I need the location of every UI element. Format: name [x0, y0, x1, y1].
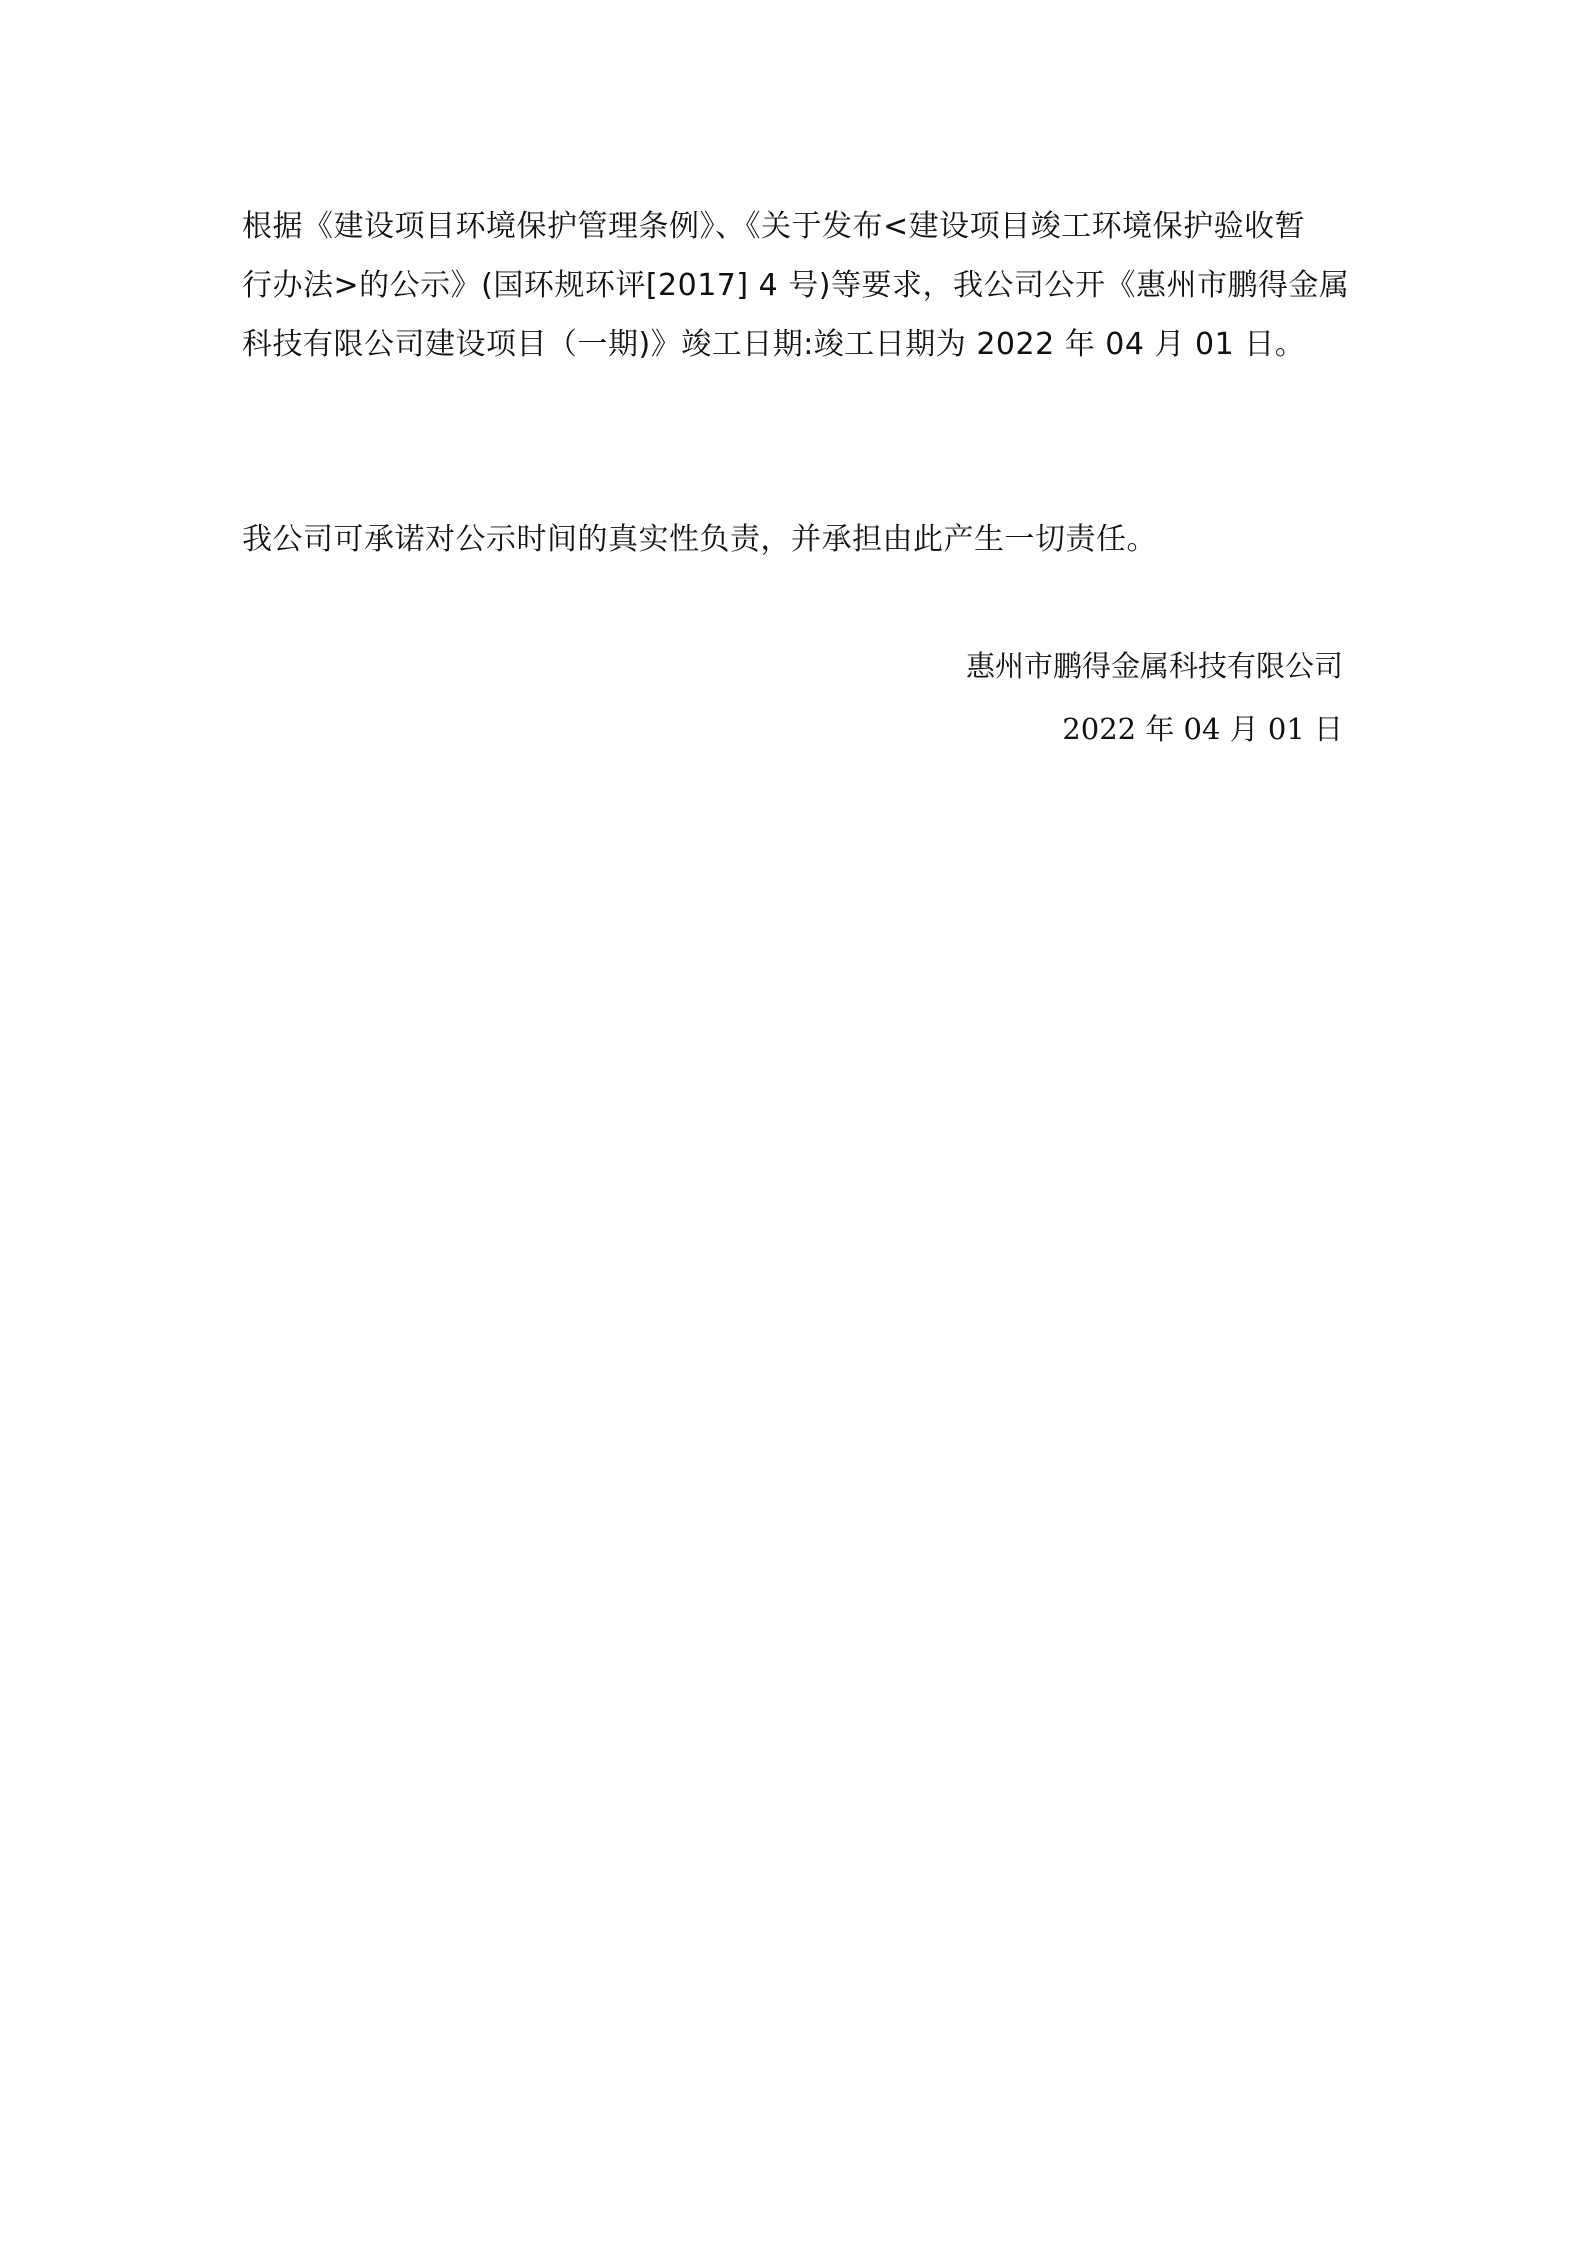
document-page: 根据《建设项目环境保护管理条例》、《关于发布<建设项目竣工环境保护验收暂 行办法…	[0, 0, 1587, 2245]
commitment-paragraph: 我公司可承诺对公示时间的真实性负责，并承担由此产生一切责任。	[242, 510, 1347, 569]
signature-company: 惠州市鹏得金属科技有限公司	[966, 644, 1343, 685]
notice-paragraph-line-3: 科技有限公司建设项目（一期)》竣工日期:竣工日期为 2022 年 04 月 01…	[242, 315, 1347, 374]
notice-paragraph-line-2: 行办法>的公示》(国环规环评[2017] 4 号)等要求，我公司公开《惠州市鹏得…	[242, 256, 1347, 315]
signature-date: 2022 年 04 月 01 日	[1062, 707, 1343, 748]
notice-paragraph: 根据《建设项目环境保护管理条例》、《关于发布<建设项目竣工环境保护验收暂 行办法…	[242, 197, 1347, 374]
notice-paragraph-line-1: 根据《建设项目环境保护管理条例》、《关于发布<建设项目竣工环境保护验收暂	[242, 197, 1347, 256]
